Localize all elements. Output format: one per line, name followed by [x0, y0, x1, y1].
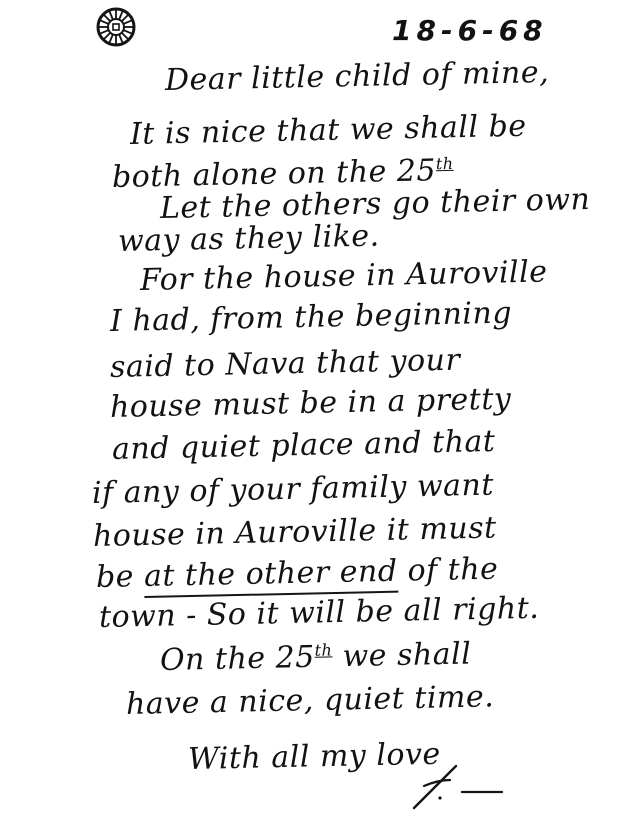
letter-line: way as they like. [118, 219, 380, 259]
letter-line-text: we shall [342, 636, 471, 674]
ordinal-suffix: th [314, 640, 332, 659]
symbol-emblem-icon [95, 6, 137, 48]
letter-line: have a nice, quiet time. [126, 679, 495, 722]
letter-line: I had, from the beginning [110, 296, 513, 339]
letter-line: For the house in Auroville [140, 254, 548, 298]
letter-line-text: of the [407, 552, 499, 589]
letter-page: 18-6-68 Dear little child of mine, It is… [0, 0, 637, 813]
letter-line: It is nice that we shall be [130, 109, 527, 152]
letter-line: On the 25th we shall [160, 636, 472, 678]
ordinal-suffix: th [436, 154, 454, 173]
letter-line-text: be [96, 559, 135, 595]
closing: With all my love [188, 737, 441, 777]
salutation: Dear little child of mine, [165, 55, 550, 98]
signature-mark-icon [408, 760, 508, 810]
letter-line-text: On the 25 [160, 640, 315, 678]
letter-line: house in Auroville it must [93, 511, 497, 554]
underlined-phrase: at the other end [144, 554, 398, 598]
letter-line: and quiet place and that [112, 424, 496, 467]
letter-line: house must be in a pretty [110, 382, 512, 425]
letter-line: said to Nava that your [110, 343, 461, 385]
letter-date: 18-6-68 [392, 14, 548, 47]
letter-line: be at the other end of the [96, 552, 499, 595]
letter-line: if any of your family want [92, 468, 495, 511]
